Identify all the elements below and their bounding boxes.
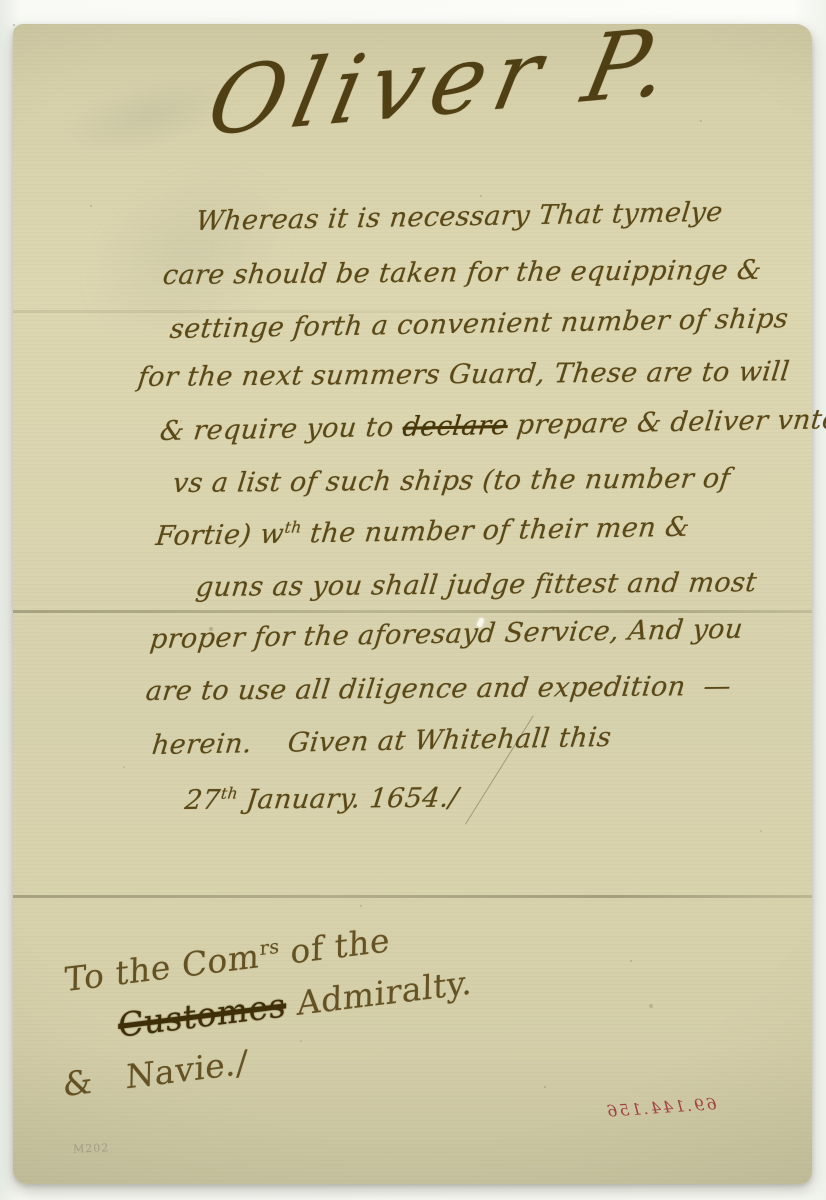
manuscript-paper: Oliver P. Whereas it is necessary That t… bbox=[13, 24, 812, 1184]
text-segment: To the Com bbox=[64, 936, 260, 999]
letter-line: 27th January. 1654./ bbox=[183, 782, 460, 816]
text-segment: January. 1654./ bbox=[236, 783, 461, 816]
age-speckles bbox=[13, 24, 15, 26]
superscript: th bbox=[284, 517, 303, 536]
signature-oliver-p: Oliver P. bbox=[199, 7, 688, 157]
text-segment: 27 bbox=[183, 785, 222, 816]
letter-line: vs a list of such ships (to the number o… bbox=[171, 463, 732, 499]
letter-line: settinge forth a convenient number of sh… bbox=[168, 303, 790, 345]
text-segment: Admiralty. bbox=[286, 962, 473, 1024]
address-block: To the Comrs of the Customes Admiralty. … bbox=[48, 906, 505, 962]
letter-line: Whereas it is necessary That tymelye bbox=[194, 197, 724, 237]
struck-word: declare bbox=[401, 410, 509, 443]
fold-crease-middle bbox=[13, 610, 812, 613]
text-segment: of the bbox=[279, 920, 390, 973]
struck-word: Customes bbox=[118, 985, 287, 1045]
catalog-number-red-mirrored: 69.144.156 bbox=[604, 1094, 717, 1121]
letter-line: guns as you shall judge fittest and most bbox=[194, 567, 758, 603]
text-segment: Fortie) w bbox=[154, 519, 285, 552]
superscript: rs bbox=[259, 935, 279, 961]
letter-line: proper for the aforesayd Service, And yo… bbox=[148, 614, 744, 655]
letter-line: are to use all diligence and expedition … bbox=[144, 671, 733, 707]
letter-line: care should be taken for the equippinge … bbox=[161, 255, 763, 291]
letter-line: herein. Given at Whitehall this bbox=[150, 722, 613, 761]
text-segment: & require you to bbox=[158, 412, 404, 447]
pencil-mark: M202 bbox=[73, 1141, 110, 1155]
address-line: & Navie./ bbox=[63, 1042, 249, 1104]
text-segment: the number of their men & bbox=[300, 512, 692, 550]
letter-line: & require you to declare prepare & deliv… bbox=[158, 404, 826, 447]
letter-line: for the next summers Guard, These are to… bbox=[136, 356, 791, 393]
text-segment: prepare & deliver vnto bbox=[506, 404, 826, 441]
letter-line: Fortie) wth the number of their men & bbox=[154, 511, 691, 552]
fold-crease-lower bbox=[13, 895, 812, 898]
photo-background: Oliver P. Whereas it is necessary That t… bbox=[0, 0, 826, 1200]
